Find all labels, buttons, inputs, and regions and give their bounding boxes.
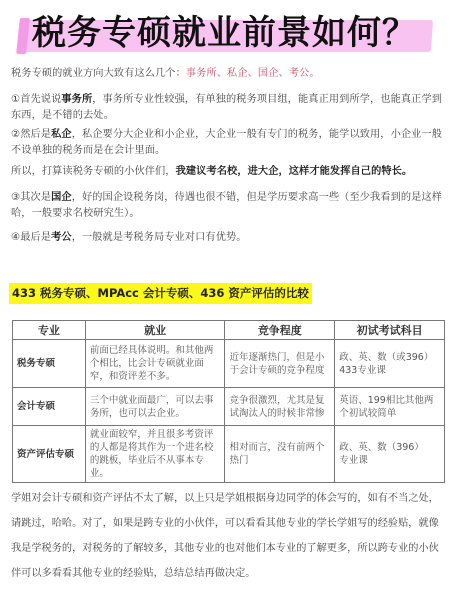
table-cell-major: 资产评估专硕 <box>13 426 86 483</box>
point-number: ② <box>11 129 20 140</box>
table-header: 就业 <box>85 321 225 340</box>
point-number: ④ <box>11 232 20 243</box>
advice-text: 所以，打算读税务专硕的小伙伴们， <box>11 166 176 177</box>
comparison-table: 专业 就业 竞争程度 初试考试科目 税务专硕 前面已经具体说明。和其他两个相比，… <box>12 320 445 483</box>
point-lead: 然后是 <box>20 129 51 140</box>
point-2: ②然后是私企，私企要分大企业和小企业，大企业一般有专门的税务，能学以致用，小企业… <box>11 127 447 159</box>
table-cell: 英语、199相比其他两个初试较简单 <box>335 388 445 426</box>
point-lead: 首先说说 <box>20 94 61 105</box>
table-cell-major: 税务专硕 <box>13 340 86 388</box>
closing-paragraph: 学姐对会计专硕和资产评估不太了解，以上只是学姐根据身边同学的体会写的，如有不当之… <box>11 486 447 586</box>
table-cell: 就业面较窄，并且很多考资评的人都是将其作为一个进名校的跳板，毕业后不从事本专业。 <box>85 426 225 483</box>
point-number: ① <box>11 94 20 105</box>
table-cell: 近年逐渐热门，但是小于会计专硕的竞争程度 <box>225 340 335 388</box>
section-title: 433 税务专硕、MPAcc 会计专硕、436 资产评估的比较 <box>9 283 312 304</box>
point-text: ，一般就是考税务局专业对口有优势。 <box>72 232 247 243</box>
table-row: 税务专硕 前面已经具体说明。和其他两个相比，比会计专硕就业面窄，和资评差不多。 … <box>13 340 445 388</box>
table-header: 初试考试科目 <box>335 321 445 340</box>
table-header: 竞争程度 <box>225 321 335 340</box>
table-cell: 政、英、数（396） 专业课 <box>335 426 445 483</box>
point-key: 考公 <box>51 232 72 243</box>
point-number: ③ <box>11 192 20 203</box>
point-text: ，私企要分大企业和小企业，大企业一般有专门的税务，能学以致用，小企业一般不设单独… <box>11 129 442 156</box>
point-4: ④最后是考公，一般就是考税务局专业对口有优势。 <box>11 230 447 246</box>
advice-paragraph: 所以，打算读税务专硕的小伙伴们，我建议考名校，进大企，这样才能发挥自己的特长。 <box>11 164 447 180</box>
table-header: 专业 <box>13 321 86 340</box>
advice-bold: 我建议考名校，进大企，这样才能发挥自己的特长。 <box>176 166 413 177</box>
point-key: 国企 <box>51 192 72 203</box>
point-1: ①首先说说事务所，事务所专业性较强，有单独的税务项目组，能真正用到所学，也能真正… <box>11 92 447 124</box>
point-key: 私企 <box>51 129 72 140</box>
table-cell: 相对而言，没有前两个热门 <box>225 426 335 483</box>
table-cell: 三个中就业面最广，可以去事务所，也可以去企业。 <box>85 388 225 426</box>
intro-highlight: 事务所、私企、国企、考公。 <box>186 68 320 79</box>
intro-text: 税务专硕的就业方向大致有这么几个： <box>11 68 186 79</box>
intro-paragraph: 税务专硕的就业方向大致有这么几个：事务所、私企、国企、考公。 <box>11 66 447 82</box>
table-cell: 竞争很激烈，尤其是复试淘汰人的时候非常惨 <box>225 388 335 426</box>
table-cell: 前面已经具体说明。和其他两个相比，比会计专硕就业面窄，和资评差不多。 <box>85 340 225 388</box>
point-text: ，好的国企设税务岗，待遇也很不错，但是学历要求高一些（至少我看到的是这样哈，一般… <box>11 192 442 219</box>
page-title: 税务专硕就业前景如何？ <box>32 10 417 56</box>
table-row: 资产评估专硕 就业面较窄，并且很多考资评的人都是将其作为一个进名校的跳板，毕业后… <box>13 426 445 483</box>
table-header-row: 专业 就业 竞争程度 初试考试科目 <box>13 321 445 340</box>
table-row: 会计专硕 三个中就业面最广，可以去事务所，也可以去企业。 竞争很激烈，尤其是复试… <box>13 388 445 426</box>
point-lead: 最后是 <box>20 232 51 243</box>
point-3: ③其次是国企，好的国企设税务岗，待遇也很不错，但是学历要求高一些（至少我看到的是… <box>11 190 447 222</box>
table-cell-major: 会计专硕 <box>13 388 86 426</box>
point-lead: 其次是 <box>20 192 51 203</box>
title-banner: 税务专硕就业前景如何？ <box>18 12 436 54</box>
table-cell: 政、英、数（或396） 433专业课 <box>335 340 445 388</box>
point-key: 事务所 <box>61 94 92 105</box>
